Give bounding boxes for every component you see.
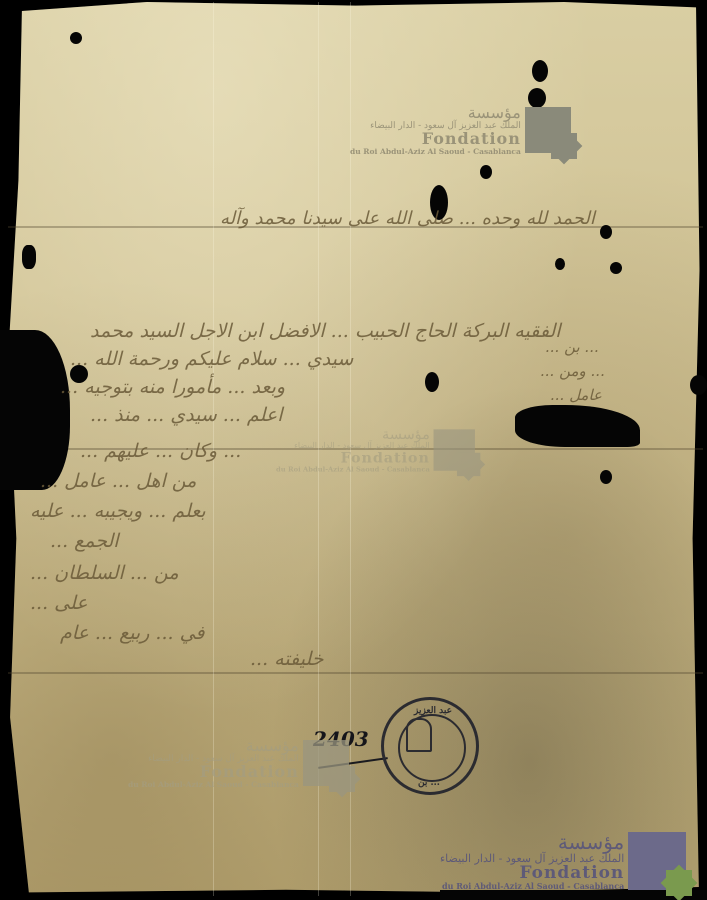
foundation-logo-icon: [628, 832, 686, 890]
paper-hole: [480, 165, 492, 179]
official-seal: عبد العزيز بن ...: [381, 697, 479, 795]
watermark-french-subtitle: du Roi Abdul-Aziz Al Saoud - Casablanca: [350, 148, 521, 156]
text-line: على ...: [30, 592, 88, 614]
text-line: من اهل ... عامل ...: [40, 470, 196, 492]
paper-hole: [600, 470, 612, 484]
watermark-french-subtitle: du Roi Abdul-Aziz Al Saoud - Casablanca: [128, 781, 299, 789]
text-line: بعلم ... ويجيبه ... عليه: [30, 500, 206, 522]
watermark-french-title: Fondation: [276, 451, 430, 466]
paper-hole: [532, 60, 548, 82]
margin-note-line: ... بن ...: [545, 338, 599, 356]
paper-hole: [0, 330, 70, 490]
watermark-french-title: Fondation: [440, 865, 624, 883]
watermark-french-subtitle: du Roi Abdul-Aziz Al Saoud - Casablanca: [276, 466, 430, 473]
foundation-watermark: مؤسسة الملك عبد العزيز آل سعود - الدار ا…: [128, 738, 349, 789]
margin-note-line: ... ومن ...: [540, 362, 605, 380]
paper-hole: [600, 225, 612, 239]
header-line: الحمد لله وحده ... صلى الله على سيدنا مح…: [220, 208, 595, 229]
fold-line: [8, 672, 703, 674]
watermark-french-subtitle: du Roi Abdul-Aziz Al Saoud - Casablanca: [440, 882, 624, 890]
watermark-arabic-title: مؤسسة: [276, 428, 430, 443]
text-line: وبعد ... مأمورا منه بتوجيه ...: [60, 376, 285, 398]
text-line: الفقيه البركة الحاج الحبيب ... الافضل اب…: [90, 320, 561, 342]
text-line: من ... السلطان ...: [30, 562, 179, 584]
foundation-watermark: مؤسسة الملك عبد العزيز آل سعود - الدار ا…: [276, 428, 475, 474]
paper-hole: [22, 245, 36, 269]
watermark-arabic-title: مؤسسة: [440, 832, 624, 853]
seal-top-text: عبد العزيز: [414, 706, 452, 716]
text-line: الجمع ...: [50, 530, 119, 552]
paper-hole: [610, 262, 622, 274]
watermark-arabic-title: مؤسسة: [350, 105, 521, 122]
watermark-french-title: Fondation: [128, 764, 299, 781]
foundation-logo-icon: [303, 740, 349, 786]
text-line: ... وكان ... عليهم ...: [80, 440, 241, 462]
margin-note-line: عامل ...: [550, 386, 602, 404]
foundation-watermark: مؤسسة الملك عبد العزيز آل سعود - الدار ا…: [440, 832, 686, 891]
text-line: اعلم ... سيدي ... منذ ...: [90, 404, 283, 426]
paper-hole: [555, 258, 565, 270]
watermark-arabic-title: مؤسسة: [128, 738, 299, 755]
paper-hole: [425, 372, 439, 392]
paper-hole: [70, 32, 82, 44]
foundation-logo-icon: [525, 107, 571, 153]
foundation-watermark: مؤسسة الملك عبد العزيز آل سعود - الدار ا…: [350, 105, 571, 156]
text-line: في ... ربيع ... عام: [60, 622, 205, 644]
text-line: سيدي ... سلام عليكم ورحمة الله ...: [70, 348, 353, 370]
watermark-french-title: Fondation: [350, 131, 521, 148]
text-line: خليفته ...: [250, 648, 323, 670]
paper-hole: [690, 375, 707, 395]
seal-bottom-text: بن ...: [418, 778, 440, 788]
foundation-logo-icon: [433, 430, 474, 471]
